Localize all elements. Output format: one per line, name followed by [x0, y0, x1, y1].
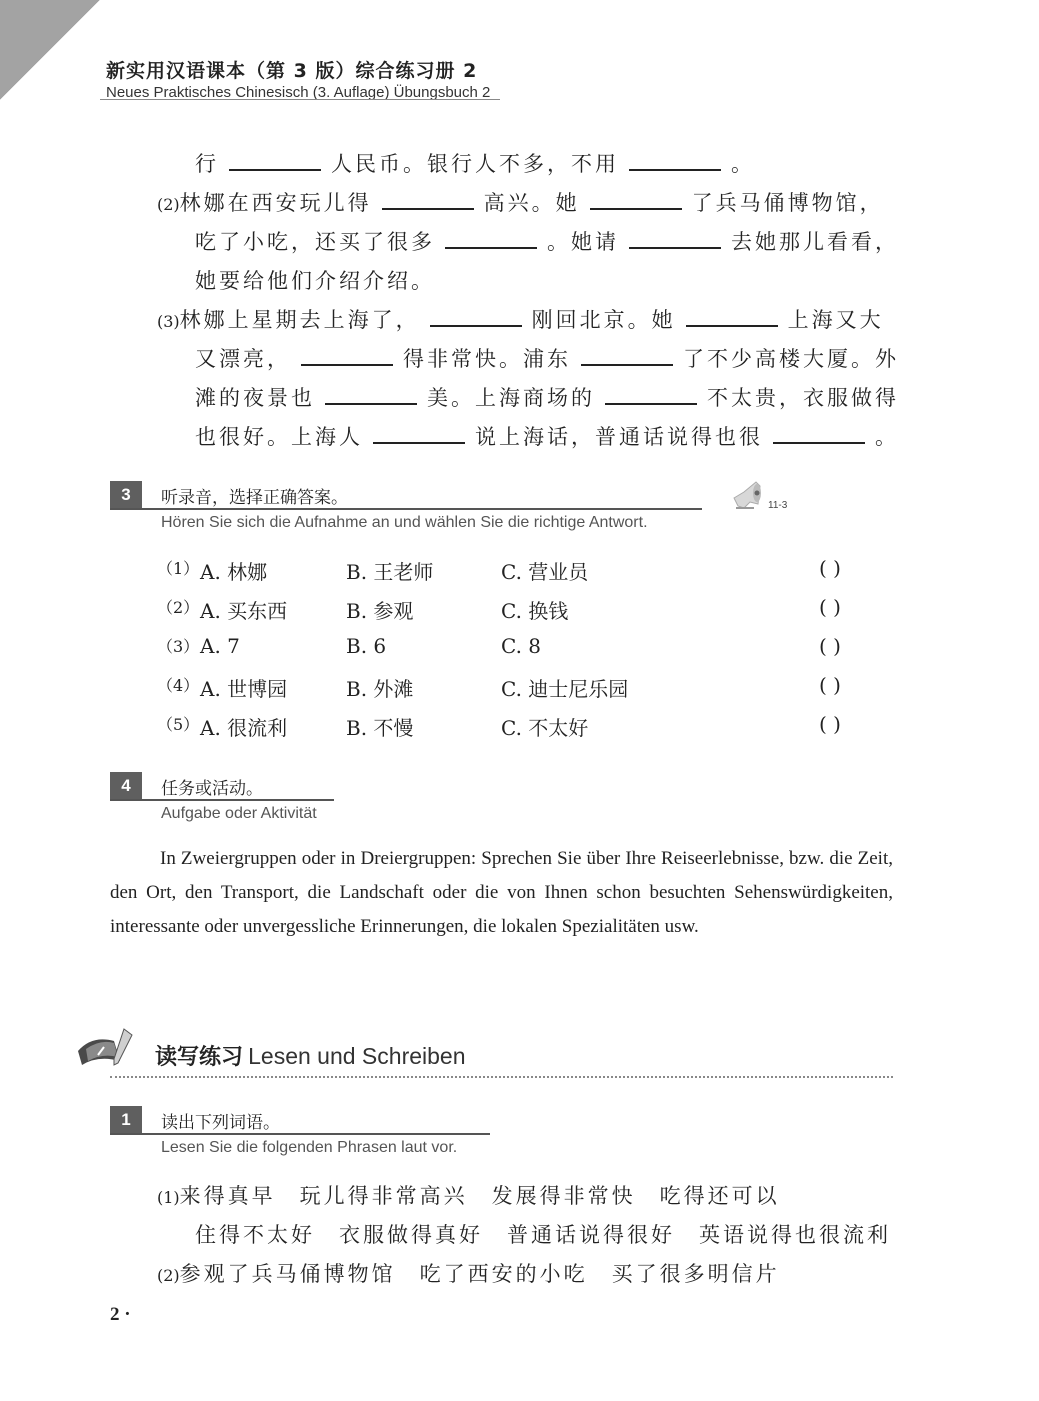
section-rule [110, 1133, 490, 1135]
fill-in-item-3: (3)林娜上星期去上海了，刚回北京。她上海又大 [157, 304, 884, 334]
answer-blank[interactable] [382, 192, 474, 210]
audio-track-number: 11-3 [768, 500, 787, 511]
answer-blank[interactable] [229, 153, 321, 171]
book-header: 新实用汉语课本（第 3 版）综合练习册 2 Neues Praktisches … [106, 56, 490, 101]
answer-blank[interactable] [445, 231, 537, 249]
option-b[interactable]: B. 不慢 [346, 712, 413, 741]
option-a[interactable]: A. 很流利 [200, 712, 287, 741]
fill-in-item-2: (2)林娜在西安玩儿得高兴。她了兵马俑博物馆， [157, 187, 884, 217]
option-a[interactable]: A. 世博园 [200, 673, 287, 702]
fill-in-line: 她要给他们介绍介绍。 [195, 265, 435, 295]
fill-in-line: 吃了小吃，还买了很多。她请去她那儿看看， [195, 226, 899, 256]
option-a[interactable]: A. 7 [200, 634, 240, 658]
speaker-icon[interactable] [730, 478, 766, 512]
section-title: 任务或活动。 [161, 774, 263, 799]
answer-blank[interactable] [581, 348, 673, 366]
answer-blank[interactable] [686, 309, 778, 327]
section-badge: 1 [110, 1106, 142, 1133]
fill-in-line: 滩的夜景也美。上海商场的不太贵，衣服做得 [195, 382, 899, 412]
header-corner-decoration [0, 0, 100, 100]
page-number: 2 · [110, 1304, 131, 1326]
phrase-line: 住得不太好 衣服做得真好 普通话说得很好 英语说得也很流利 [195, 1219, 891, 1249]
phrase-line: (2)参观了兵马俑博物馆 吃了西安的小吃 买了很多明信片 [157, 1258, 780, 1288]
answer-blank[interactable] [605, 387, 697, 405]
item-number: (3) [157, 312, 180, 331]
answer-blank[interactable] [301, 348, 393, 366]
section-rule [110, 508, 702, 510]
activity-description: In Zweiergruppen oder in Dreiergruppen: … [110, 842, 893, 944]
section-title: 读出下列词语。 [161, 1108, 280, 1133]
answer-blank[interactable] [325, 387, 417, 405]
answer-blank[interactable] [590, 192, 682, 210]
option-a[interactable]: A. 买东西 [200, 595, 287, 624]
answer-bracket[interactable]: ( ) [819, 673, 841, 697]
option-c[interactable]: C. 换钱 [501, 595, 568, 624]
fill-in-line: 也很好。上海人说上海话，普通话说得也很。 [195, 421, 899, 451]
answer-blank[interactable] [373, 426, 465, 444]
fill-in-line: 又漂亮，得非常快。浦东了不少高楼大厦。外 [195, 343, 899, 373]
section-subtitle: Lesen Sie die folgenden Phrasen laut vor… [161, 1139, 457, 1157]
answer-bracket[interactable]: ( ) [819, 634, 841, 658]
answer-bracket[interactable]: ( ) [819, 556, 841, 580]
section-rule [110, 799, 334, 801]
header-divider [100, 99, 500, 100]
option-c[interactable]: C. 迪士尼乐园 [501, 673, 628, 702]
reading-writing-heading: 读写练习 Lesen und Schreiben [155, 1040, 466, 1071]
option-a[interactable]: A. 林娜 [200, 556, 267, 585]
option-b[interactable]: B. 6 [346, 634, 386, 658]
answer-blank[interactable] [629, 231, 721, 249]
book-title-cn: 新实用汉语课本（第 3 版）综合练习册 2 [106, 56, 490, 83]
option-b[interactable]: B. 王老师 [346, 556, 433, 585]
book-pen-icon [74, 1025, 146, 1069]
option-c[interactable]: C. 营业员 [501, 556, 588, 585]
section-badge: 3 [110, 481, 142, 508]
fill-in-line: 行人民币。银行人不多，不用。 [195, 148, 755, 178]
section-badge: 4 [110, 772, 142, 799]
option-c[interactable]: C. 8 [501, 634, 541, 658]
answer-bracket[interactable]: ( ) [819, 595, 841, 619]
section-title: 听录音，选择正确答案。 [161, 483, 348, 508]
item-number: (2) [157, 195, 180, 214]
option-b[interactable]: B. 外滩 [346, 673, 413, 702]
section-subtitle: Aufgabe oder Aktivität [161, 805, 317, 823]
section-subtitle: Hören Sie sich die Aufnahme an und wähle… [161, 514, 648, 532]
answer-blank[interactable] [629, 153, 721, 171]
option-b[interactable]: B. 参观 [346, 595, 413, 624]
phrase-line: (1)来得真早 玩儿得非常高兴 发展得非常快 吃得还可以 [157, 1180, 780, 1210]
option-c[interactable]: C. 不太好 [501, 712, 588, 741]
dotted-divider [110, 1076, 893, 1078]
answer-bracket[interactable]: ( ) [819, 712, 841, 736]
answer-blank[interactable] [430, 309, 522, 327]
answer-blank[interactable] [773, 426, 865, 444]
